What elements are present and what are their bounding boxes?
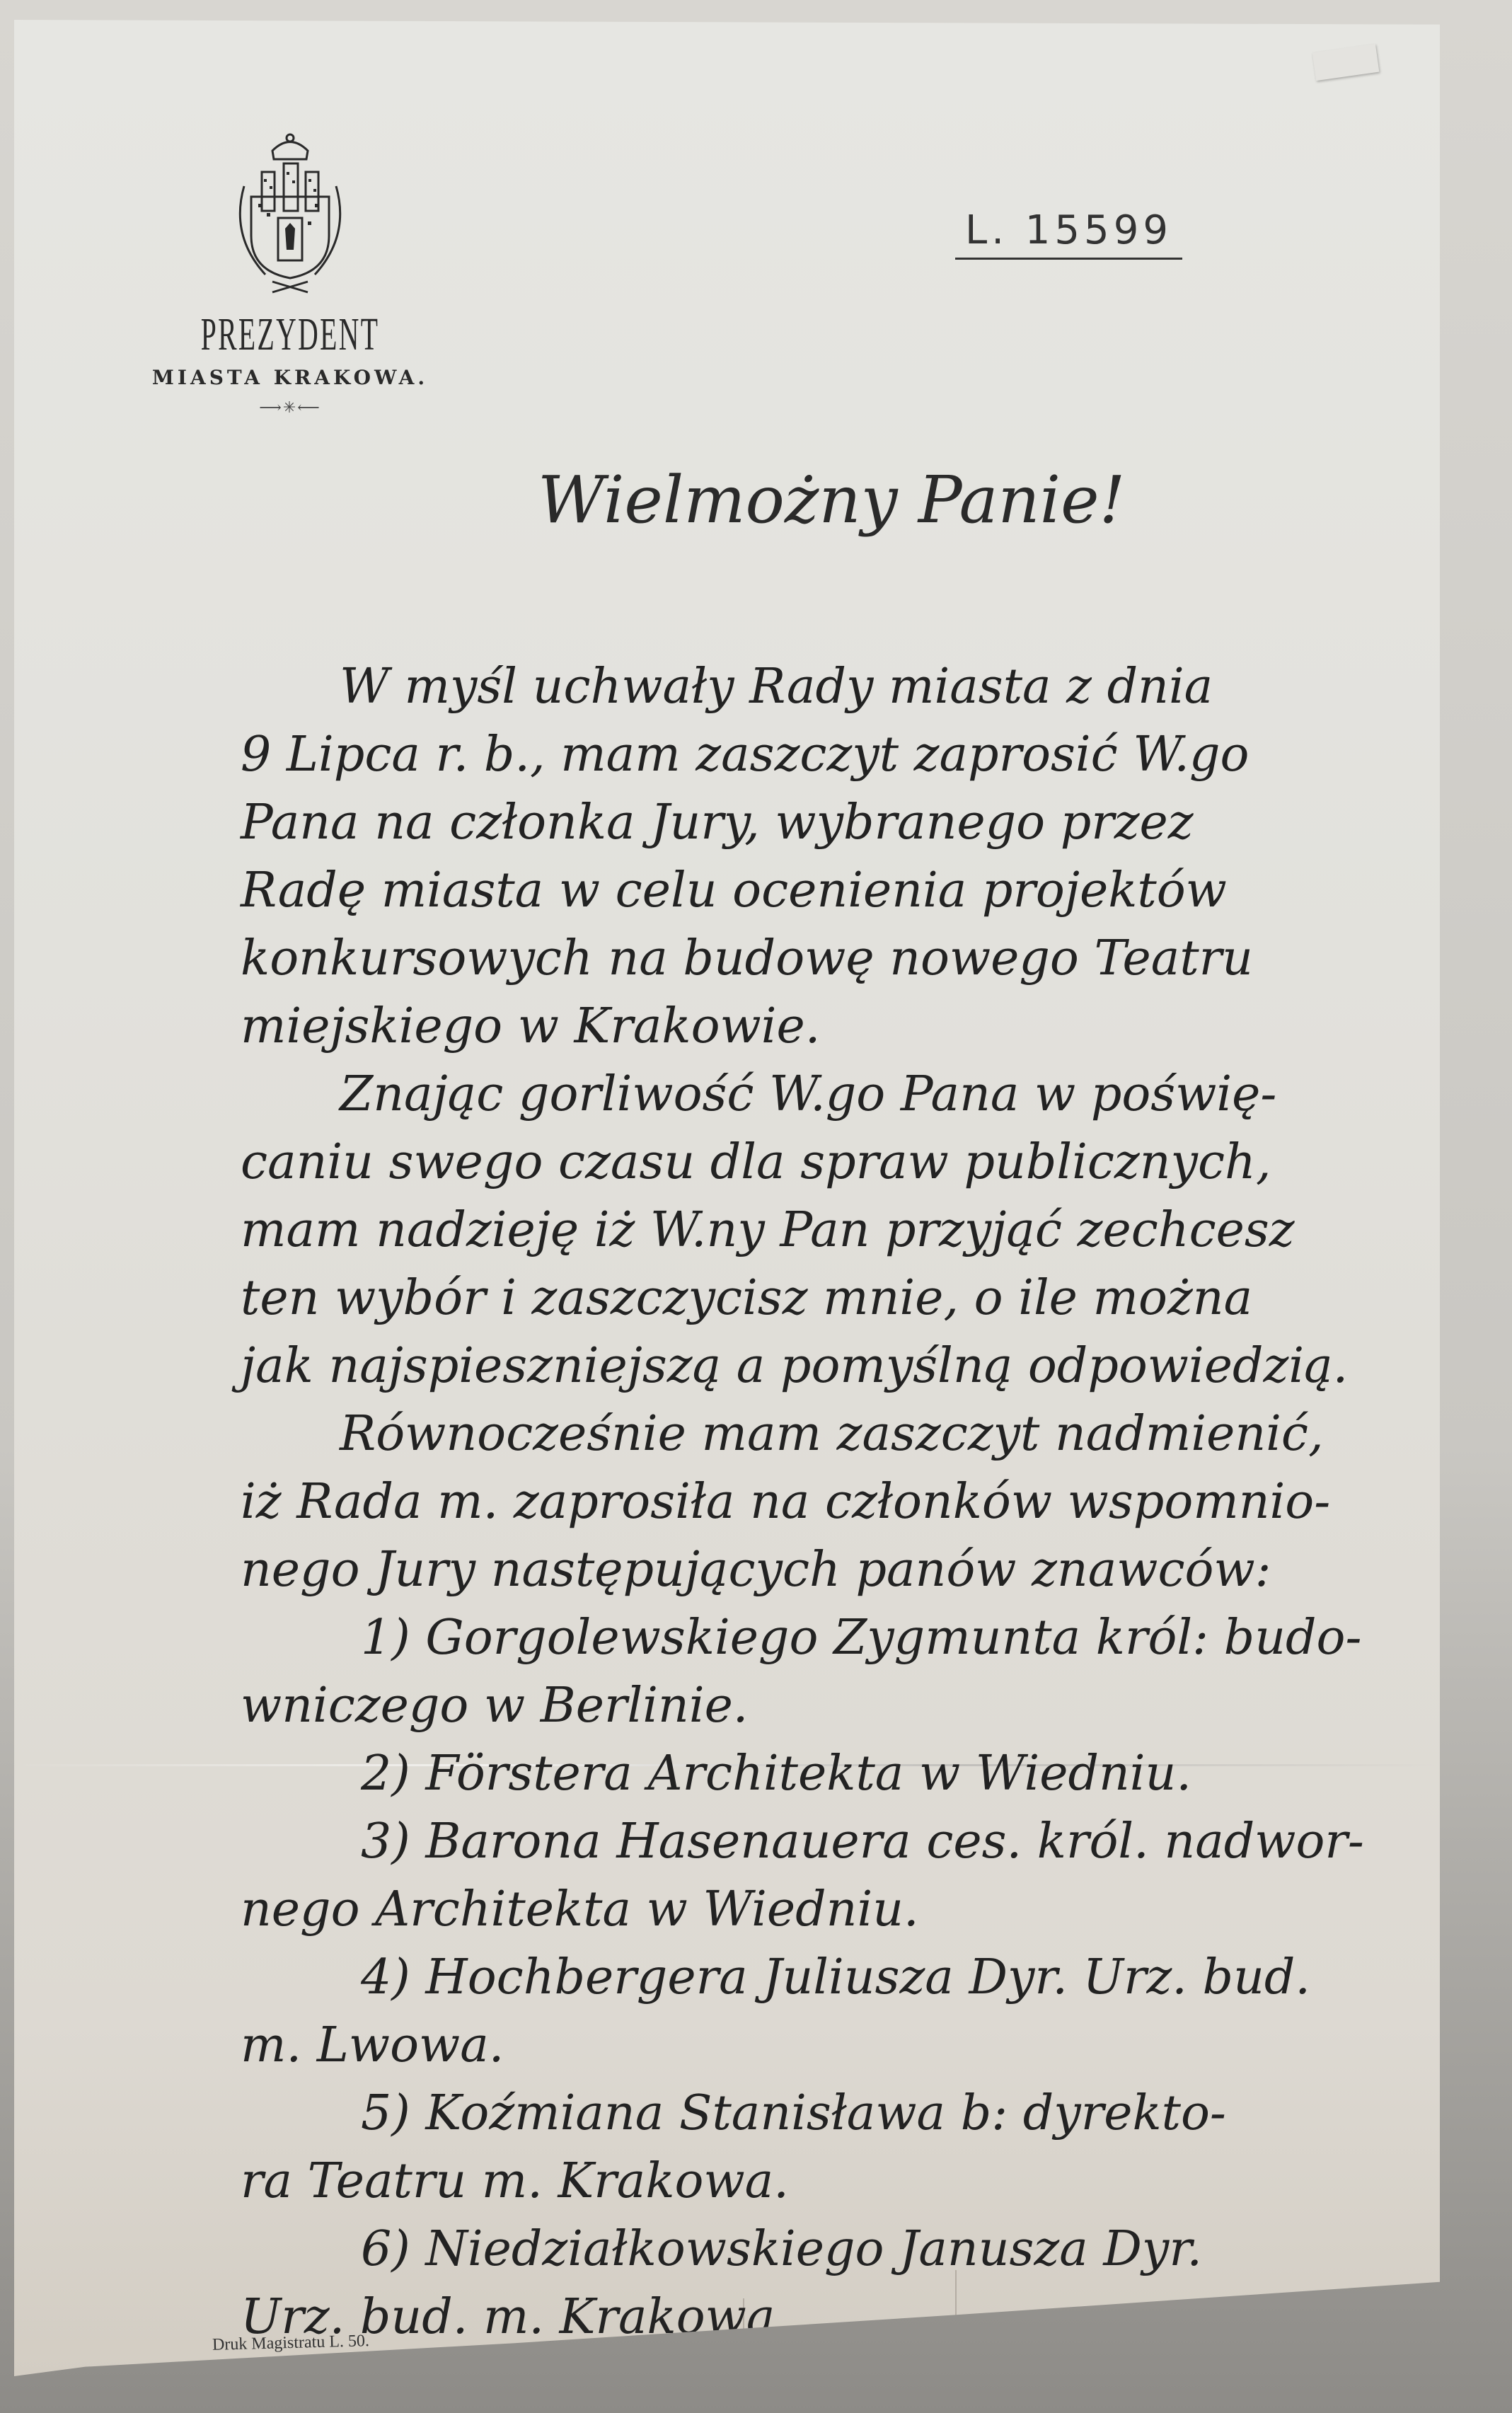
- list-item-continuation: wniczego w Berlinie.: [241, 1672, 1458, 1740]
- list-item: 4) Hochbergera Juliusza Dyr. Urz. bud.: [241, 1944, 1458, 2012]
- body-line: Radę miasta w celu ocenienia projektów: [241, 857, 1458, 925]
- greeting: Wielmożny Panie!: [538, 462, 1126, 538]
- reference-number: L. 15599: [955, 207, 1182, 260]
- krakow-coat-of-arms-icon: [223, 129, 357, 299]
- list-item-continuation: m. Lwowa.: [241, 2012, 1458, 2080]
- list-item: 1) Gorgolewskiego Zygmunta król: budo-: [241, 1604, 1458, 1672]
- body-line: Równocześnie mam zaszczyt nadmienić,: [241, 1400, 1458, 1468]
- ornament-divider-icon: ⟶✳⟵: [113, 399, 467, 417]
- body-line: konkursowych na budowę nowego Teatru: [241, 925, 1458, 993]
- list-item: 6) Niedziałkowskiego Janusza Dyr.: [241, 2216, 1458, 2284]
- list-item: 2) Förstera Architekta w Wiedniu.: [241, 1740, 1458, 1808]
- letterhead-title: PREZYDENT: [184, 308, 396, 362]
- torn-corner: [1312, 44, 1380, 81]
- list-item-continuation: ra Teatru m. Krakowa.: [241, 2148, 1458, 2216]
- letterhead-city: MIASTA KRAKOWA.: [113, 366, 467, 389]
- list-item-continuation: nego Architekta w Wiedniu.: [241, 1876, 1458, 1944]
- list-item: 3) Barona Hasenauera ces. król. nadwor-: [241, 1808, 1458, 1876]
- body-line: W myśl uchwały Rady miasta z dnia: [241, 653, 1458, 721]
- body-line: iż Rada m. zaprosiła na członków wspomni…: [241, 1468, 1458, 1536]
- body-line: nego Jury następujących panów znawców:: [241, 1536, 1458, 1604]
- list-item: 5) Koźmiana Stanisława b: dyrekto-: [241, 2080, 1458, 2148]
- letter-sheet: PREZYDENT MIASTA KRAKOWA. ⟶✳⟵ L. 15599 W…: [14, 20, 1440, 2376]
- letter-body: W myśl uchwały Rady miasta z dnia 9 Lipc…: [241, 653, 1458, 2351]
- body-line: Znając gorliwość W.go Pana w poświę-: [241, 1061, 1458, 1129]
- body-line: ten wybór i zaszczycisz mnie, o ile możn…: [241, 1265, 1458, 1332]
- body-line: Pana na członka Jury, wybranego przez: [241, 789, 1458, 857]
- body-line: mam nadzieję iż W.ny Pan przyjąć zechces…: [241, 1197, 1458, 1265]
- body-line: jak najspieszniejszą a pomyślną odpowied…: [241, 1332, 1458, 1400]
- body-line: miejskiego w Krakowie.: [241, 993, 1458, 1061]
- body-line: 9 Lipca r. b., mam zaszczyt zaprosić W.g…: [241, 721, 1458, 789]
- body-line: caniu swego czasu dla spraw publicznych,: [241, 1129, 1458, 1197]
- letterhead: PREZYDENT MIASTA KRAKOWA. ⟶✳⟵: [113, 129, 467, 417]
